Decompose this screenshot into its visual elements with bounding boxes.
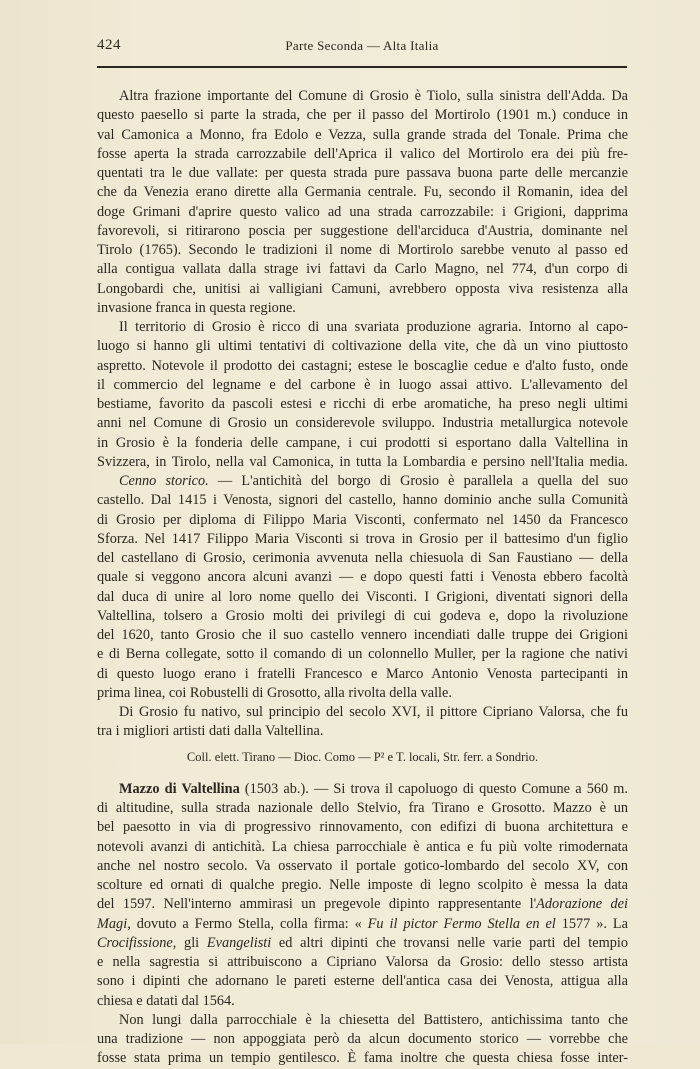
text-line: quale si veggono ancora alcuni avanzi — …: [97, 568, 628, 587]
text-line: sono i dipinti che adornano le pareti es…: [97, 972, 628, 991]
text-line: Crocifissione, gli Evangelisti ed altri …: [97, 934, 628, 953]
text-line: e di Berna collegate, sotto il comando d…: [97, 645, 628, 664]
text-line: di questo luogo erano i fratelli Frances…: [97, 665, 628, 684]
text-line: e nella sagrestia si attribuiscono a Cip…: [97, 953, 628, 972]
text-line: questo paesello si parte la strada, che …: [97, 106, 628, 125]
text-line: che da Venezia erano dirette alla German…: [97, 183, 628, 202]
text-line: anni nel Comune di Grosio un considerevo…: [97, 414, 628, 433]
text-line: luogo si hanno gli ultimi tentativi di c…: [97, 337, 628, 356]
text-line: del 1597. Nell'interno ammirasi un prege…: [97, 895, 628, 914]
text-line: aspretto. Notevole il prodotto dei casta…: [97, 357, 628, 376]
text-line: in Grosio è la fonderia delle campane, i…: [97, 434, 628, 453]
admin-note: Coll. elett. Tirano — Dioc. Como — P² e …: [97, 748, 628, 767]
text-line: invasione franca in questa regione.: [97, 299, 628, 318]
running-title: Parte Seconda — Alta Italia: [97, 38, 627, 54]
text-line: il commercio del legname e del carbone è…: [97, 376, 628, 395]
text-line: bestiame, favorito da pascoli estesi e r…: [97, 395, 628, 414]
body-text: Altra frazione importante del Comune di …: [97, 87, 628, 1044]
text-line: Altra frazione importante del Comune di …: [97, 87, 628, 106]
text-line: Valtellina, tolsero a Grosio molti dei p…: [97, 607, 628, 626]
text-line: doge Grimani d'aprire questo valico ad u…: [97, 203, 628, 222]
header-rule: [97, 66, 627, 68]
entry-title: Mazzo di Valtellina: [119, 781, 240, 797]
text-line: scolture ed ornati di qualche pregio. Ne…: [97, 876, 628, 895]
text-line: dal duca di unire al loro nome quello de…: [97, 588, 628, 607]
text-line: val Camonica a Monno, fra Edolo e Vezza,…: [97, 126, 628, 145]
text-line: fosse aperta la strada carrozzabile dell…: [97, 145, 628, 164]
entry-mazzo-di-valtellina: Mazzo di Valtellina (1503 ab.). — Si tro…: [97, 780, 628, 1011]
paragraph-cenno-storico: Cenno storico. — L'antichità del borgo d…: [97, 472, 628, 703]
text-line: Mazzo di Valtellina (1503 ab.). — Si tro…: [97, 780, 628, 799]
text-line: una tradizione — non appoggiata però da …: [97, 1030, 628, 1044]
paragraph-battistero: Non lungi dalla parrocchiale è la chiese…: [97, 1011, 628, 1044]
paragraph-territorio: Il territorio di Grosio è ricco di una s…: [97, 318, 628, 472]
text-line: del castellano di Grosio, cerimonia avve…: [97, 549, 628, 568]
text-line: Non lungi dalla parrocchiale è la chiese…: [97, 1011, 628, 1030]
section-lead-italic: Cenno storico.: [119, 473, 209, 489]
text-line: di Grosio per diploma di Filippo Maria V…: [97, 511, 628, 530]
text-line: quentati tra le due vallate: per questa …: [97, 164, 628, 183]
page-header: 424 Parte Seconda — Alta Italia: [97, 37, 627, 57]
text-line: favorevoli, si ritirarono poscia per sug…: [97, 222, 628, 241]
text-line: castello. Dal 1415 i Venosta, signori de…: [97, 491, 628, 510]
text-line: chiesa e datati dal 1564.: [97, 992, 628, 1011]
text-line: Sforza. Nel 1417 Filippo Maria Visconti …: [97, 530, 628, 549]
text-line: Svizzera, in Tirolo, nella val Camonica,…: [97, 453, 628, 472]
text-line: Di Grosio fu nativo, sul principio del s…: [97, 703, 628, 722]
text-line: Cenno storico. — L'antichità del borgo d…: [97, 472, 628, 491]
text-line: Tirolo (1765). Secondo le tradizioni il …: [97, 241, 628, 260]
text-line: del 1620, tanto Grosio che il suo castel…: [97, 626, 628, 645]
paragraph-valorsa: Di Grosio fu nativo, sul principio del s…: [97, 703, 628, 742]
book-page: 424 Parte Seconda — Alta Italia Altra fr…: [0, 0, 700, 1044]
text-line: tra i migliori artisti dati dalla Valtel…: [97, 722, 628, 741]
text-line: prima linea, coi Robustelli di Grosotto,…: [97, 684, 628, 703]
text-line: Longobardi che, unitisi ai valligiani Ca…: [97, 280, 628, 299]
text-line: alla contigua vallata dalla strage ivi f…: [97, 260, 628, 279]
text-line: Il territorio di Grosio è ricco di una s…: [97, 318, 628, 337]
text-line: anche nel nostro secolo. Va osservato il…: [97, 857, 628, 876]
text-line: di altitudine, sulla strada nazionale de…: [97, 799, 628, 818]
text-line: notevoli avanzi di antichità. La chiesa …: [97, 838, 628, 857]
text-line: Magi, dovuto a Fermo Stella, colla firma…: [97, 915, 628, 934]
paragraph-tiolo: Altra frazione importante del Comune di …: [97, 87, 628, 318]
text-line: bel paesotto in via di progressivo rinno…: [97, 818, 628, 837]
